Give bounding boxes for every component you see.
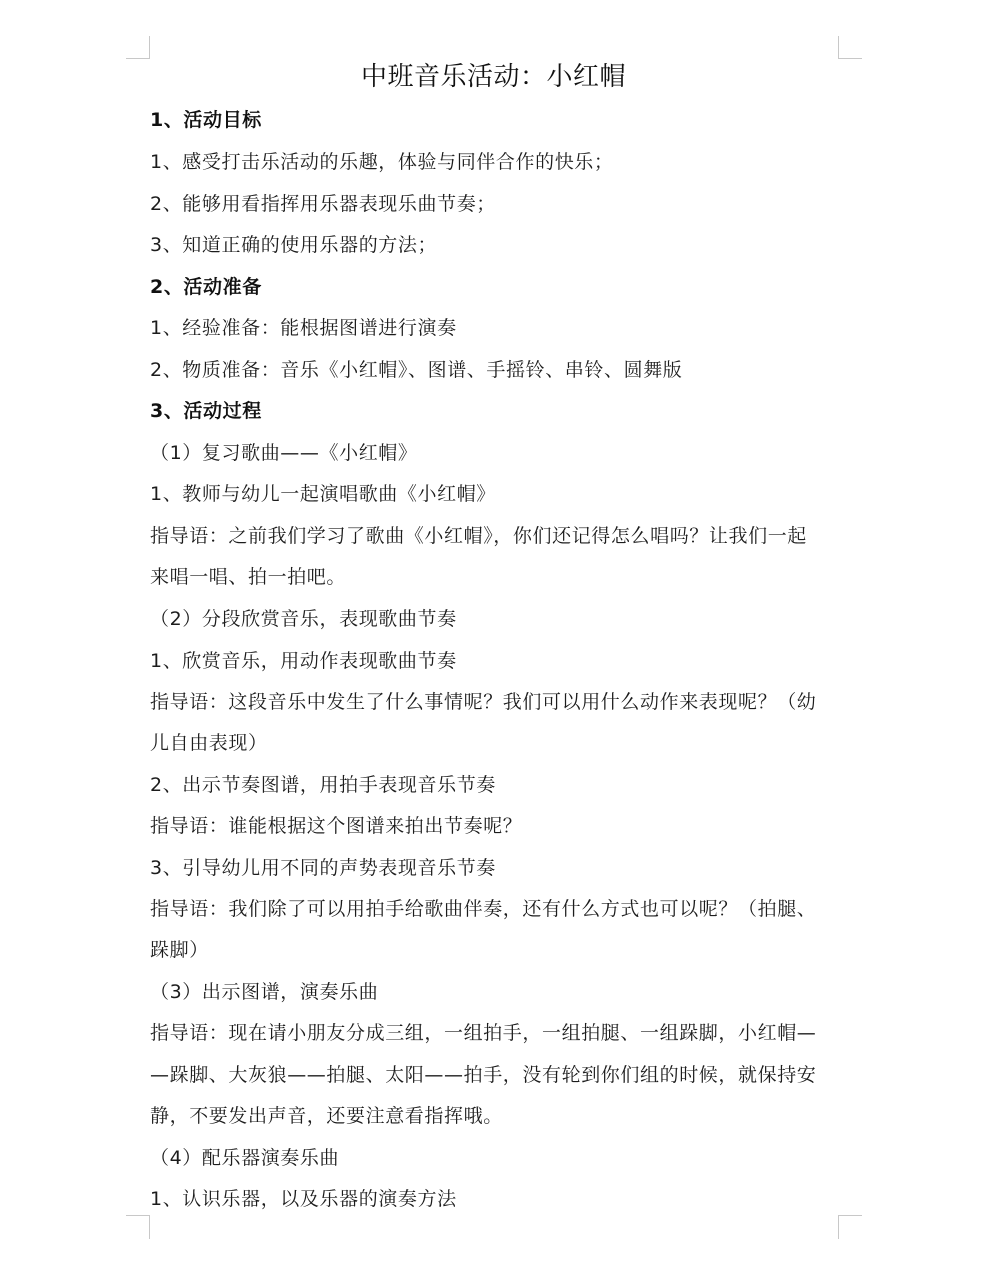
guidance-text-3: 指导语：谁能根据这个图谱来拍出节奏呢？ xyxy=(150,813,840,839)
process-step-2-heading: （2）分段欣赏音乐，表现歌曲节奏 xyxy=(150,606,840,632)
goal-item-1: 1、感受打击乐活动的乐趣，体验与同伴合作的快乐； xyxy=(150,149,840,175)
guidance-text-2-line-2: 儿自由表现） xyxy=(150,730,840,756)
process-step-2-item-2: 2、出示节奏图谱，用拍手表现音乐节奏 xyxy=(150,772,840,798)
process-step-1-item: 1、教师与幼儿一起演唱歌曲《小红帽》 xyxy=(150,481,840,507)
goal-item-3: 3、知道正确的使用乐器的方法； xyxy=(150,232,840,258)
preparation-item-2: 2、物质准备：音乐《小红帽》、图谱、手摇铃、串铃、圆舞版 xyxy=(150,357,840,383)
process-step-2-item-1: 1、欣赏音乐，用动作表现歌曲节奏 xyxy=(150,648,840,674)
guidance-text-4-line-1: 指导语：我们除了可以用拍手给歌曲伴奏，还有什么方式也可以呢？（拍腿、 xyxy=(150,896,840,922)
section-heading-goals: 1、活动目标 xyxy=(150,107,840,133)
goal-item-2: 2、能够用看指挥用乐器表现乐曲节奏； xyxy=(150,191,840,217)
process-step-4-item-1: 1、认识乐器，以及乐器的演奏方法 xyxy=(150,1186,840,1212)
guidance-text-1-line-1: 指导语：之前我们学习了歌曲《小红帽》，你们还记得怎么唱吗？让我们一起 xyxy=(150,523,840,549)
process-step-4-heading: （4）配乐器演奏乐曲 xyxy=(150,1145,840,1171)
guidance-text-4-line-2: 跺脚） xyxy=(150,937,840,963)
preparation-item-1: 1、经验准备：能根据图谱进行演奏 xyxy=(150,315,840,341)
document-page: 中班音乐活动：小红帽 1、活动目标 1、感受打击乐活动的乐趣，体验与同伴合作的快… xyxy=(0,0,987,1280)
process-step-2-item-3: 3、引导幼儿用不同的声势表现音乐节奏 xyxy=(150,855,840,881)
process-step-3-heading: （3）出示图谱，演奏乐曲 xyxy=(150,979,840,1005)
crop-mark-top-right xyxy=(838,36,862,59)
crop-mark-bottom-right xyxy=(838,1215,862,1239)
process-step-1-heading: （1）复习歌曲——《小红帽》 xyxy=(150,440,840,466)
guidance-text-5-line-2: —跺脚、大灰狼——拍腿、太阳——拍手，没有轮到你们组的时候，就保持安 xyxy=(150,1062,840,1088)
guidance-text-2-line-1: 指导语：这段音乐中发生了什么事情呢？我们可以用什么动作来表现呢？（幼 xyxy=(150,689,840,715)
section-heading-preparation: 2、活动准备 xyxy=(150,274,840,300)
section-heading-process: 3、活动过程 xyxy=(150,398,840,424)
crop-mark-bottom-left xyxy=(126,1215,150,1239)
document-title: 中班音乐活动：小红帽 xyxy=(0,58,987,96)
guidance-text-5-line-3: 静，不要发出声音，还要注意看指挥哦。 xyxy=(150,1103,840,1129)
crop-mark-top-left xyxy=(126,36,150,59)
guidance-text-1-line-2: 来唱一唱、拍一拍吧。 xyxy=(150,564,840,590)
guidance-text-5-line-1: 指导语：现在请小朋友分成三组，一组拍手，一组拍腿、一组跺脚，小红帽— xyxy=(150,1020,840,1046)
